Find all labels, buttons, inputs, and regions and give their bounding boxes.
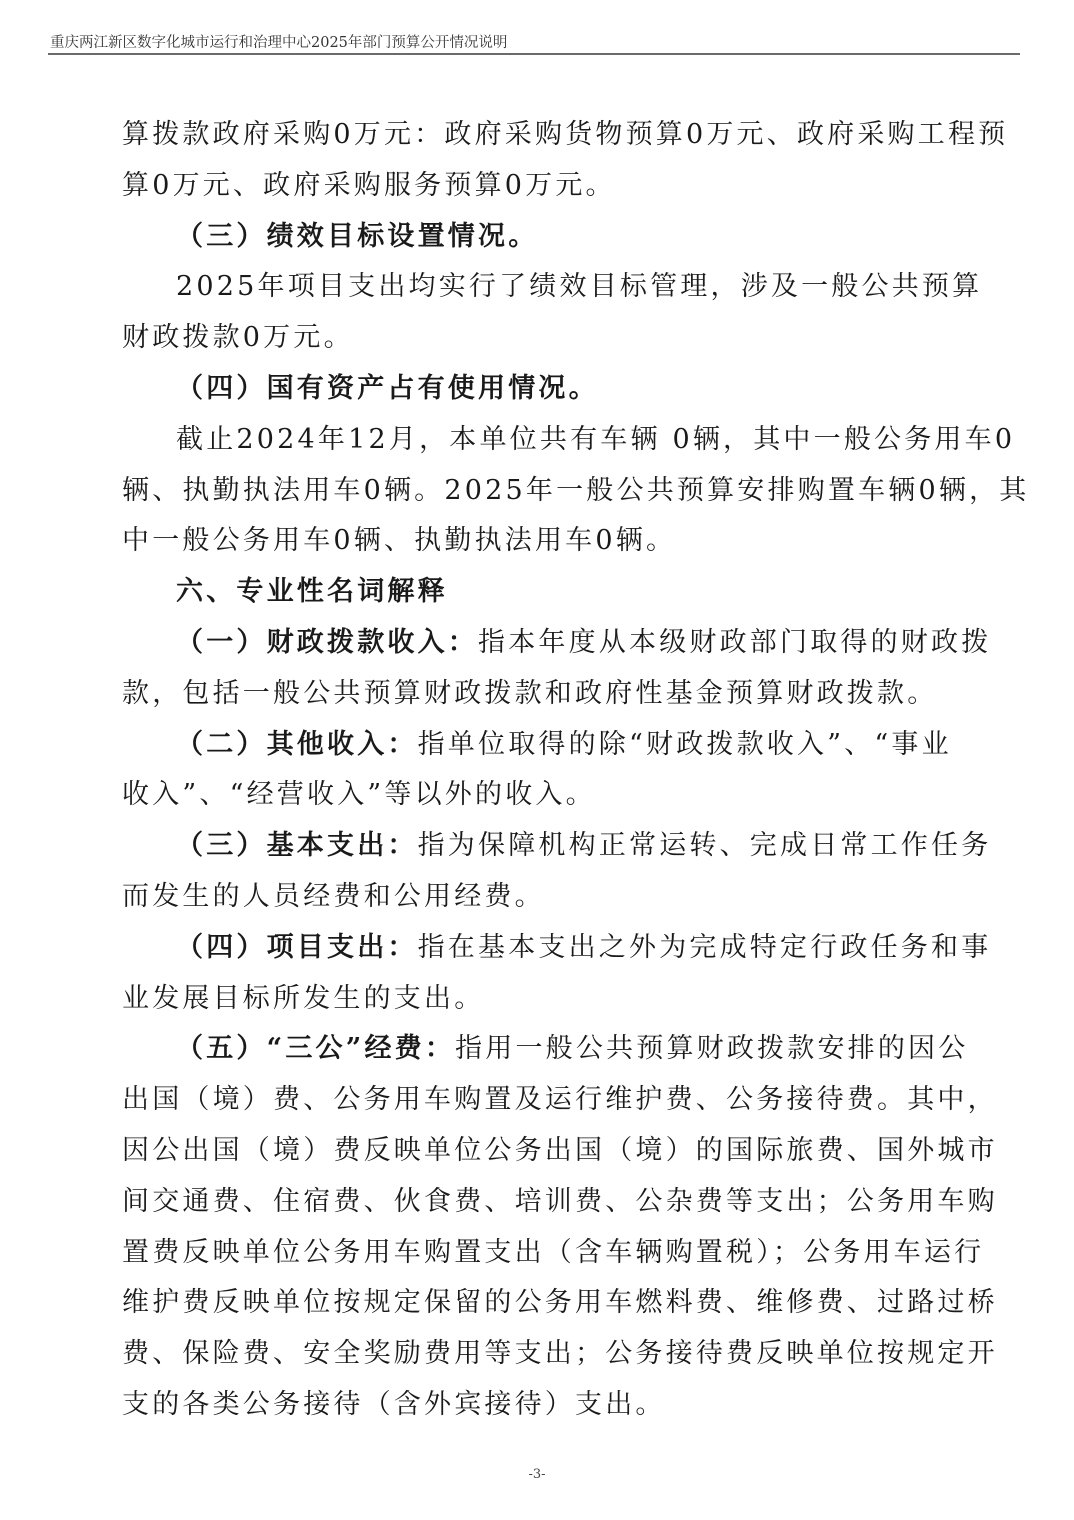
definition-text: 指在基本支出之外为完成特定行政任务和事 bbox=[418, 932, 992, 963]
definition-term: （五）“三公”经费： bbox=[176, 1033, 455, 1064]
text-line: 而发生的人员经费和公用经费。 bbox=[122, 872, 958, 923]
text-line: 出国（境）费、公务用车购置及运行维护费、公务接待费。其中， bbox=[122, 1075, 958, 1126]
text-line: 费、保险费、安全奖励费用等支出；公务接待费反映单位按规定开 bbox=[122, 1329, 958, 1380]
definition-text: 指本年度从本级财政部门取得的财政拨 bbox=[478, 627, 991, 658]
section-heading: （三）绩效目标设置情况。 bbox=[122, 212, 958, 263]
definition-line: （三）基本支出：指为保障机构正常运转、完成日常工作任务 bbox=[122, 821, 958, 872]
section-heading: （四）国有资产占有使用情况。 bbox=[122, 364, 958, 415]
definition-term: （四）项目支出： bbox=[176, 932, 418, 963]
page-number: -3- bbox=[0, 1467, 1074, 1482]
text-line: 2025年项目支出均实行了绩效目标管理，涉及一般公共预算 bbox=[122, 262, 958, 313]
text-line: 款，包括一般公共预算财政拨款和政府性基金预算财政拨款。 bbox=[122, 669, 958, 720]
definition-text: 指为保障机构正常运转、完成日常工作任务 bbox=[418, 830, 992, 861]
text-line: 间交通费、住宿费、伙食费、培训费、公杂费等支出；公务用车购 bbox=[122, 1177, 958, 1228]
definition-text: 指用一般公共预算财政拨款安排的因公 bbox=[455, 1033, 968, 1064]
chapter-heading: 六、专业性名词解释 bbox=[122, 567, 958, 618]
text-line: 维护费反映单位按规定保留的公务用车燃料费、维修费、过路过桥 bbox=[122, 1278, 958, 1329]
text-line: 截止2024年12月，本单位共有车辆 0辆，其中一般公务用车0 bbox=[122, 415, 958, 466]
text-line: 收入”、“经营收入”等以外的收入。 bbox=[122, 770, 958, 821]
text-line: 置费反映单位公务用车购置支出（含车辆购置税）；公务用车运行 bbox=[122, 1228, 958, 1279]
definition-line: （四）项目支出：指在基本支出之外为完成特定行政任务和事 bbox=[122, 923, 958, 974]
definition-line: （一）财政拨款收入：指本年度从本级财政部门取得的财政拨 bbox=[122, 618, 958, 669]
text-line: 因公出国（境）费反映单位公务出国（境）的国际旅费、国外城市 bbox=[122, 1126, 958, 1177]
text-line: 支的各类公务接待（含外宾接待）支出。 bbox=[122, 1380, 958, 1431]
text-line: 业发展目标所发生的支出。 bbox=[122, 974, 958, 1025]
header-title: 重庆两江新区数字化城市运行和治理中心2025年部门预算公开情况说明 bbox=[50, 31, 507, 52]
definition-term: （一）财政拨款收入： bbox=[176, 627, 478, 658]
text-line: 中一般公务用车0辆、执勤执法用车0辆。 bbox=[122, 516, 958, 567]
text-line: 算拨款政府采购0万元：政府采购货物预算0万元、政府采购工程预 bbox=[122, 110, 958, 161]
page-header: 重庆两江新区数字化城市运行和治理中心2025年部门预算公开情况说明 bbox=[48, 30, 1020, 55]
text-line: 辆、执勤执法用车0辆。2025年一般公共预算安排购置车辆0辆，其 bbox=[122, 466, 958, 517]
definition-term: （二）其他收入： bbox=[176, 729, 418, 760]
text-line: 财政拨款0万元。 bbox=[122, 313, 958, 364]
definition-line: （二）其他收入：指单位取得的除“财政拨款收入”、“事业 bbox=[122, 720, 958, 771]
definition-text: 指单位取得的除“财政拨款收入”、“事业 bbox=[418, 729, 952, 760]
document-body: 算拨款政府采购0万元：政府采购货物预算0万元、政府采购工程预 算0万元、政府采购… bbox=[122, 110, 958, 1431]
text-line: 算0万元、政府采购服务预算0万元。 bbox=[122, 161, 958, 212]
definition-line: （五）“三公”经费：指用一般公共预算财政拨款安排的因公 bbox=[122, 1024, 958, 1075]
definition-term: （三）基本支出： bbox=[176, 830, 418, 861]
